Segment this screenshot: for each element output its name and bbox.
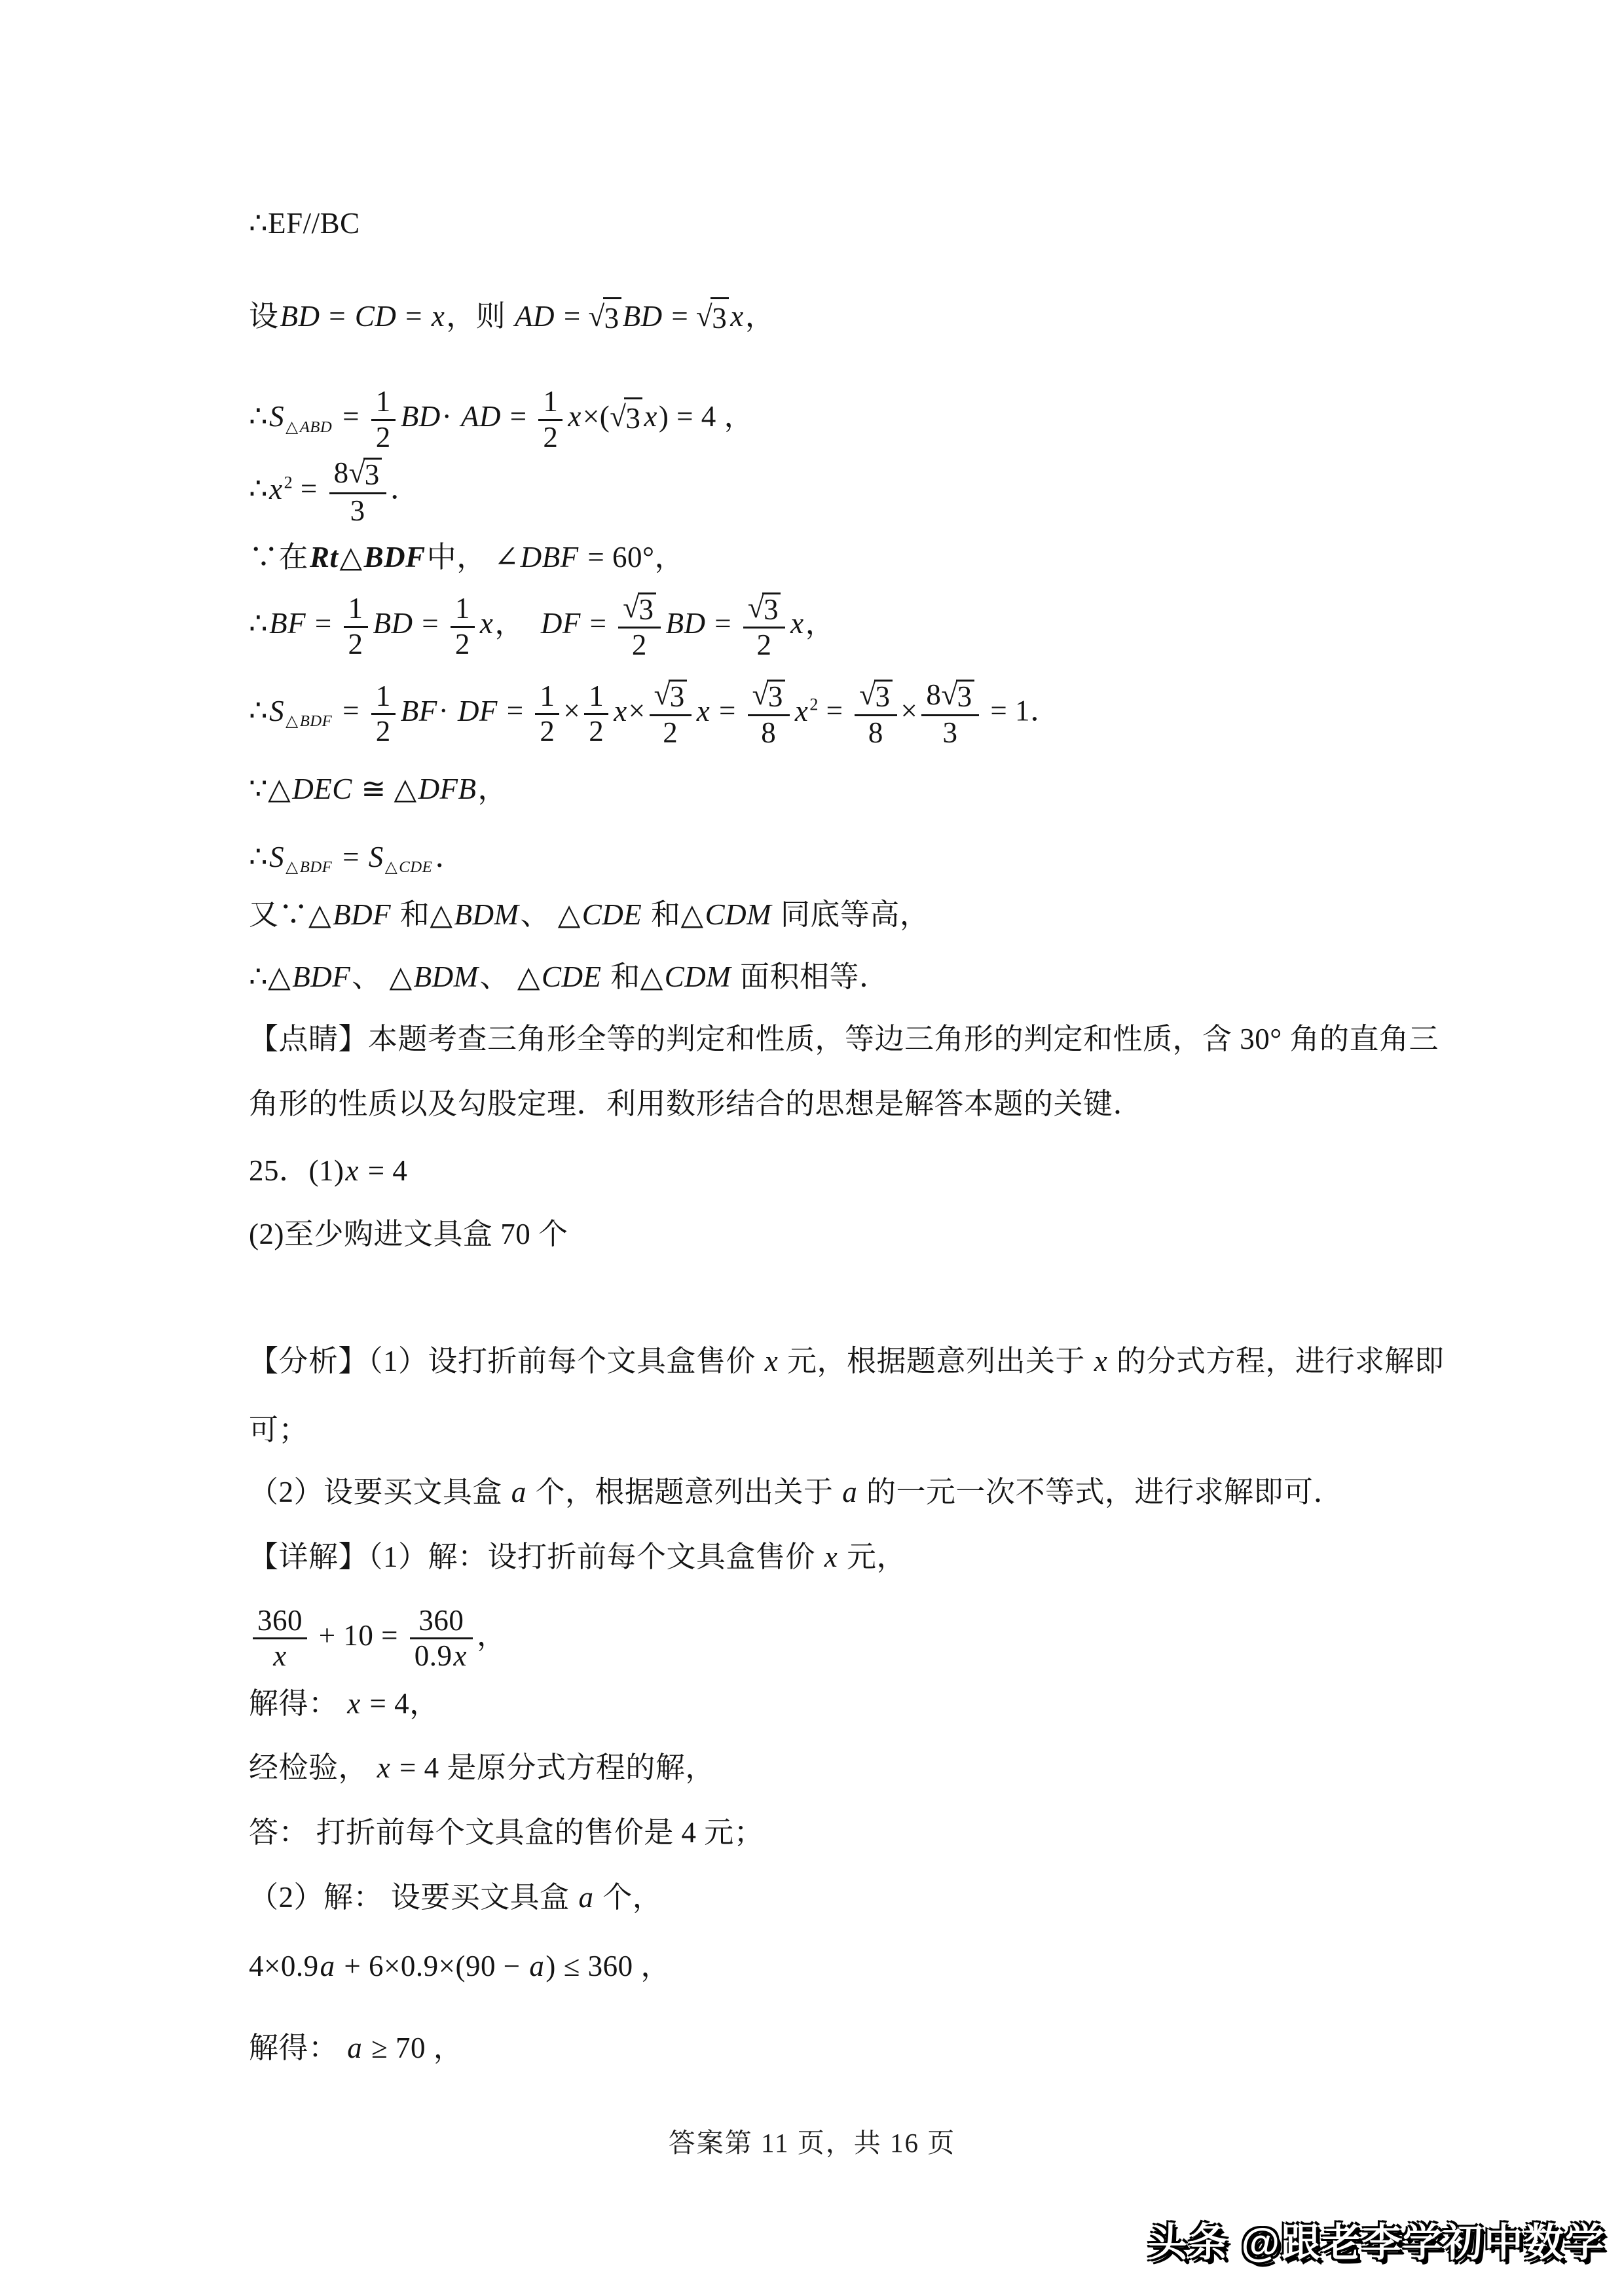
math-text: 经检验， [249, 1751, 376, 1784]
math-text: 1 [348, 592, 363, 625]
denominator: 2 [618, 629, 660, 661]
sqrt: √3 [941, 680, 974, 713]
numerator: 8√3 [921, 679, 978, 716]
math-text: ×( [583, 400, 610, 433]
math-text: = [415, 607, 447, 640]
fraction: 12 [584, 680, 608, 748]
math-text: = [322, 300, 354, 333]
math-var: DF [456, 695, 499, 727]
math-text: = [502, 400, 534, 433]
radicand: 3 [638, 592, 656, 626]
math-var: S [268, 841, 286, 873]
math-text: （2）解： 设要买文具盒 [249, 1881, 578, 1914]
math-text: 4×0.9 [249, 1950, 319, 1982]
math-var: x [430, 300, 446, 333]
math-var: a [578, 1881, 595, 1914]
sqrt: √3 [623, 592, 655, 626]
math-text: 3 [764, 593, 779, 626]
math-line: 【分析】（1）设打折前每个文具盒售价 x 元，根据题意列出关于 x 的分式方程，… [249, 1342, 1441, 1380]
sqrt: √3 [654, 680, 687, 713]
text-line: ∴EF//BC [249, 204, 1441, 242]
math-var: x [695, 695, 711, 727]
math-var: x [612, 695, 628, 727]
math-var: a [841, 1476, 858, 1508]
math-text: 360 [418, 1604, 464, 1637]
subscript: △ABD [286, 418, 335, 436]
math-text: 元，根据题意列出关于 [779, 1345, 1093, 1377]
math-var: DBF [519, 541, 580, 574]
math-var: x [642, 400, 658, 433]
numerator: 1 [344, 592, 368, 628]
math-text: △ [286, 418, 299, 436]
fraction: √32 [743, 592, 785, 661]
math-text: (2)至少购进文具盒 70 个 [249, 1218, 568, 1250]
denominator: 2 [535, 715, 559, 748]
math-text: 2 [543, 421, 558, 454]
math-line: 25．(1)x = 4 [249, 1152, 1441, 1190]
math-text: ． [390, 473, 420, 505]
radicand: 3 [363, 458, 382, 491]
math-text: 2 [376, 715, 391, 748]
fraction: 12 [451, 592, 475, 660]
math-var: S [268, 695, 286, 727]
numerator: 1 [451, 592, 475, 628]
math-text: 2 [632, 629, 647, 661]
math-text: = [582, 607, 614, 640]
numerator: 360 [410, 1605, 473, 1640]
math-text: + 6×0.9×(90 − [337, 1950, 528, 1982]
math-text: 3 [625, 402, 640, 435]
denominator: x [253, 1639, 307, 1672]
numerator: 360 [253, 1605, 307, 1640]
math-var: S [268, 400, 286, 433]
math-text: ∴ [249, 607, 268, 640]
math-text: 角形的性质以及勾股定理．利用数形结合的思想是解答本题的关键． [249, 1087, 1143, 1120]
math-var: x [452, 1639, 468, 1672]
math-text: · [442, 400, 460, 433]
math-text: ∴ [249, 841, 268, 873]
denominator: 8 [855, 716, 896, 749]
math-text: 3 [942, 716, 957, 749]
sqrt: √3 [752, 680, 785, 713]
math-text: × [563, 695, 580, 727]
math-text: ∴ [249, 695, 268, 727]
denominator: 3 [329, 494, 386, 527]
math-text: 元， [839, 1540, 906, 1573]
math-text: = [711, 695, 743, 727]
sqrt: √3 [349, 458, 382, 491]
math-var: x [346, 1687, 361, 1720]
math-var: x [376, 1751, 392, 1784]
radicand: 3 [956, 680, 974, 713]
math-text: 、 △ [520, 898, 580, 931]
radicand: 3 [767, 680, 785, 713]
math-text: 和△ [643, 898, 703, 931]
fraction: 8√33 [921, 679, 978, 748]
math-text: 3 [957, 680, 972, 713]
math-text: 设 [249, 300, 279, 333]
math-var: CDE [540, 960, 603, 993]
math-text: 2 [663, 716, 678, 749]
math-text: 25．(1) [249, 1154, 344, 1187]
math-var: a [528, 1950, 545, 1982]
math-text: 3 [712, 302, 727, 335]
math-var: BF [268, 607, 307, 640]
math-var: BD [372, 607, 415, 640]
math-text: = [307, 607, 339, 640]
math-line: 4×0.9a + 6×0.9×(90 − a) ≤ 360 ， [249, 1947, 1441, 1985]
math-text: 2 [348, 628, 363, 661]
radicand: 3 [710, 297, 729, 337]
math-text: = 60°， [580, 541, 684, 574]
math-text: = [335, 400, 367, 433]
math-text: ， [745, 300, 775, 333]
numerator: √3 [748, 679, 790, 716]
math-text: = 4 是原分式方程的解， [392, 1751, 715, 1784]
math-text: 2 [376, 421, 391, 454]
math-var: BDF [331, 898, 392, 931]
math-var: BD [279, 300, 322, 333]
math-var: BD [665, 607, 707, 640]
math-var: DFB [417, 773, 478, 805]
subscript: △BDF [286, 858, 335, 876]
math-text: 、 △ [480, 960, 540, 993]
math-text: ≥ 70 ， [363, 2032, 463, 2064]
math-text: ， [494, 607, 540, 640]
math-line: ∵在Rt△BDF中， ∠DBF = 60°， [249, 538, 1441, 576]
math-text: = 4 [360, 1154, 407, 1187]
numerator: 1 [371, 386, 396, 421]
denominator: 2 [743, 629, 785, 661]
numerator: √3 [618, 592, 660, 629]
math-text: 8 [868, 716, 883, 749]
math-text: 2 [455, 628, 470, 661]
math-text: 3 [365, 458, 380, 491]
math-text: 【点睛】本题考查三角形全等的判定和性质，等边三角形的判定和性质，含 30° 角的… [249, 1023, 1439, 1055]
fraction: 12 [535, 680, 559, 748]
math-line: ∴BF = 12BD = 12x， DF = √32BD = √32x， [249, 592, 1441, 661]
math-text: = [335, 695, 367, 727]
math-text: △ [340, 541, 363, 574]
math-text: ， [478, 773, 508, 805]
math-text: ， [477, 1619, 507, 1652]
math-line: ∴S△BDF = S△CDE． [249, 838, 1441, 876]
math-var: x [729, 300, 745, 333]
math-var: x [272, 1639, 287, 1672]
math-text: = [819, 695, 851, 727]
math-text: 1 [543, 385, 558, 418]
math-text: 2 [589, 715, 604, 748]
math-text: 3 [639, 593, 654, 626]
math-text: 8 [334, 456, 349, 489]
math-text: 3 [604, 302, 619, 335]
math-text: 360 [257, 1604, 303, 1637]
math-text: 2 [540, 715, 555, 748]
math-var: a [510, 1476, 528, 1508]
math-text: 又∵△ [249, 898, 331, 931]
numerator: 1 [538, 386, 563, 421]
math-var: x [764, 1345, 779, 1377]
denominator: 2 [371, 715, 396, 748]
math-var: x [268, 473, 284, 505]
page-footer: 答案第 11 页，共 16 页 [0, 2121, 1624, 2160]
math-var: ABD [299, 418, 334, 436]
math-text: = [499, 695, 531, 727]
radicand: 3 [762, 592, 781, 626]
math-line: 设BD = CD = x，则 AD = √3BD = √3x， [249, 297, 1441, 337]
text-line: (2)至少购进文具盒 70 个 [249, 1215, 1441, 1253]
math-text: 个， [595, 1881, 663, 1914]
math-text: 2 [809, 695, 819, 714]
radicand: 3 [874, 680, 893, 713]
math-text: 2 [756, 629, 771, 661]
math-var: CDE [397, 858, 434, 876]
math-var: AD [460, 400, 502, 433]
watermark-text: 头条 @跟老李学初中数学 [1148, 2212, 1606, 2268]
math-text: 个，根据题意列出关于 [528, 1476, 841, 1508]
math-var-bold: Rt [308, 541, 340, 574]
math-var: BDM [413, 960, 480, 993]
sqrt: √3 [588, 297, 621, 337]
math-text: 2 [284, 473, 293, 492]
math-text: = 1． [983, 695, 1060, 727]
math-text: 1 [376, 385, 391, 418]
denominator: 2 [538, 421, 563, 454]
math-line: ∴S△ABD = 12BD· AD = 12x×(√3x) = 4 ， [249, 386, 1441, 453]
numerator: 1 [584, 680, 608, 716]
fraction: 12 [371, 680, 396, 748]
denominator: 2 [584, 715, 608, 748]
math-text: ， [805, 607, 836, 640]
math-line: ∵△DEC ≅ △DFB， [249, 770, 1441, 808]
math-text: = [335, 841, 367, 873]
math-text: 3 [350, 494, 365, 527]
math-var: AD [513, 300, 556, 333]
denominator: 8 [748, 716, 790, 749]
radicand: 3 [624, 397, 642, 437]
math-var: DEC [291, 773, 354, 805]
math-text: △ [286, 858, 299, 876]
answer-content: ∴EF//BC设BD = CD = x，则 AD = √3BD = √3x，∴S… [0, 0, 1624, 2067]
math-text: △ [286, 712, 299, 730]
math-line: 解得： x = 4， [249, 1685, 1441, 1722]
math-text: 面积相等． [732, 960, 889, 993]
sqrt: √3 [859, 680, 892, 713]
math-var: S [367, 841, 385, 873]
math-text: ) = 4 ， [659, 400, 754, 433]
math-text: ≅ △ [354, 773, 417, 805]
math-text: = [707, 607, 739, 640]
text-line: 角形的性质以及勾股定理．利用数形结合的思想是解答本题的关键． [249, 1085, 1441, 1123]
math-var: a [346, 2032, 363, 2064]
fraction: 360x [253, 1605, 307, 1672]
subscript: △CDE [385, 858, 435, 876]
math-var: x [789, 607, 805, 640]
math-var: x [1093, 1345, 1109, 1377]
math-line: ∴x2 = 8√33． [249, 457, 1441, 526]
denominator: 3 [921, 716, 978, 749]
math-var: BD [621, 300, 664, 333]
superscript: 2 [284, 473, 293, 492]
sqrt: √3 [696, 297, 729, 337]
math-var: x [344, 1154, 360, 1187]
radicand: 3 [603, 297, 621, 337]
math-text: 答： 打折前每个文具盒的售价是 4 元； [249, 1816, 764, 1849]
math-text: = 4， [362, 1687, 439, 1720]
math-text: 和△ [602, 960, 663, 993]
numerator: 1 [371, 680, 396, 716]
math-text: ∵在 [249, 541, 308, 574]
math-text: 的分式方程，进行求解即 [1109, 1345, 1444, 1377]
math-line: 解得： a ≥ 70 ， [249, 2029, 1441, 2067]
denominator: 2 [344, 628, 368, 661]
fraction: √32 [650, 679, 692, 748]
math-text: ) ≤ 360 ， [545, 1950, 670, 1982]
math-text: 解得： [249, 2032, 346, 2064]
denominator: 2 [451, 628, 475, 661]
fraction: √32 [618, 592, 660, 661]
math-text: 3 [768, 680, 783, 713]
math-line: 又∵△BDF 和△BDM、 △CDE 和△CDM 同底等高， [249, 896, 1441, 934]
sqrt: √3 [748, 592, 781, 626]
math-var: a [319, 1950, 337, 1982]
numerator: 1 [535, 680, 559, 716]
math-var: BDF [299, 712, 334, 730]
math-text: 0.9 [415, 1639, 452, 1672]
math-var: CDM [663, 960, 733, 993]
math-text: 8 [926, 678, 941, 711]
numerator: √3 [855, 679, 896, 716]
math-text: × [629, 695, 646, 727]
math-var: BDF [291, 960, 352, 993]
subscript: △BDF [286, 712, 335, 730]
fraction: √38 [855, 679, 896, 748]
math-var: x [479, 607, 494, 640]
denominator: 0.9x [410, 1639, 473, 1672]
text-line: 答： 打折前每个文具盒的售价是 4 元； [249, 1813, 1441, 1851]
math-text: ∴△ [249, 960, 291, 993]
math-text: × [901, 695, 918, 727]
math-text: 中， ∠ [427, 541, 519, 574]
text-line: 可； [249, 1411, 1441, 1449]
math-text: 3 [670, 680, 685, 713]
math-var: BDM [452, 898, 520, 931]
math-var: CD [354, 300, 398, 333]
math-line: 经检验， x = 4 是原分式方程的解， [249, 1749, 1441, 1787]
math-var: BDF [299, 858, 334, 876]
math-text: 的一元一次不等式，进行求解即可． [858, 1476, 1343, 1508]
math-text: · [439, 695, 456, 727]
math-line: 【详解】（1）解：设打折前每个文具盒售价 x 元， [249, 1538, 1441, 1576]
math-line: ∴S△BDF = 12BF· DF = 12×12x×√32x = √38x2 … [249, 679, 1441, 748]
math-text: = [397, 300, 430, 333]
math-text: ，则 [446, 300, 513, 333]
superscript: 2 [809, 695, 819, 714]
fraction: √38 [748, 679, 790, 748]
radicand: 3 [669, 680, 687, 713]
math-text: 、 △ [352, 960, 412, 993]
math-var: BF [399, 695, 439, 727]
fraction: 12 [538, 386, 563, 453]
math-text: ∵△ [249, 773, 291, 805]
math-text: 1 [376, 680, 391, 712]
math-text: 和△ [392, 898, 452, 931]
math-text: ∴ [249, 473, 268, 505]
math-line: ∴△BDF、 △BDM、 △CDE 和△CDM 面积相等． [249, 958, 1441, 996]
numerator: √3 [743, 592, 785, 629]
denominator: 2 [371, 421, 396, 454]
math-text: ． [435, 841, 465, 873]
math-text: 8 [761, 716, 776, 749]
math-var: CDM [704, 898, 773, 931]
math-text: 1 [589, 680, 604, 712]
fraction: 3600.9x [410, 1605, 473, 1672]
math-text: 1 [455, 592, 470, 625]
math-text: 【分析】（1）设打折前每个文具盒售价 [249, 1345, 764, 1377]
math-text: = [664, 300, 696, 333]
math-var: x [566, 400, 582, 433]
math-line: （2）设要买文具盒 a 个，根据题意列出关于 a 的一元一次不等式，进行求解即可… [249, 1473, 1441, 1511]
math-text: △ [385, 858, 398, 876]
math-text: 同底等高， [773, 898, 929, 931]
math-text: = [556, 300, 588, 333]
math-text: 可； [249, 1413, 308, 1446]
math-var: x [823, 1540, 839, 1573]
math-text: 1 [540, 680, 555, 712]
math-text: ∴ [249, 400, 268, 433]
fraction: 12 [344, 592, 368, 660]
math-var: BD [399, 400, 442, 433]
math-text: 3 [876, 680, 891, 713]
fraction: 8√33 [329, 457, 386, 526]
numerator: √3 [650, 679, 692, 716]
text-line: 【点睛】本题考查三角形全等的判定和性质，等边三角形的判定和性质，含 30° 角的… [249, 1020, 1441, 1058]
math-line: （2）解： 设要买文具盒 a 个， [249, 1878, 1441, 1916]
document-page: ∴EF//BC设BD = CD = x，则 AD = √3BD = √3x，∴S… [0, 0, 1624, 2296]
sqrt: √3 [610, 397, 642, 437]
math-var: x [794, 695, 809, 727]
math-text: 解得： [249, 1687, 346, 1720]
math-line: 360x + 10 = 3600.9x， [249, 1605, 1441, 1672]
math-text: + 10 = [311, 1619, 406, 1652]
math-var-bold: BDF [363, 541, 427, 574]
math-text: = [293, 473, 325, 505]
math-text: ∴EF//BC [249, 207, 360, 240]
math-var: DF [540, 607, 582, 640]
math-text: 【详解】（1）解：设打折前每个文具盒售价 [249, 1540, 823, 1573]
numerator: 8√3 [329, 457, 386, 494]
math-var: CDE [581, 898, 644, 931]
fraction: 12 [371, 386, 396, 453]
math-text: （2）设要买文具盒 [249, 1476, 510, 1508]
denominator: 2 [650, 716, 692, 749]
